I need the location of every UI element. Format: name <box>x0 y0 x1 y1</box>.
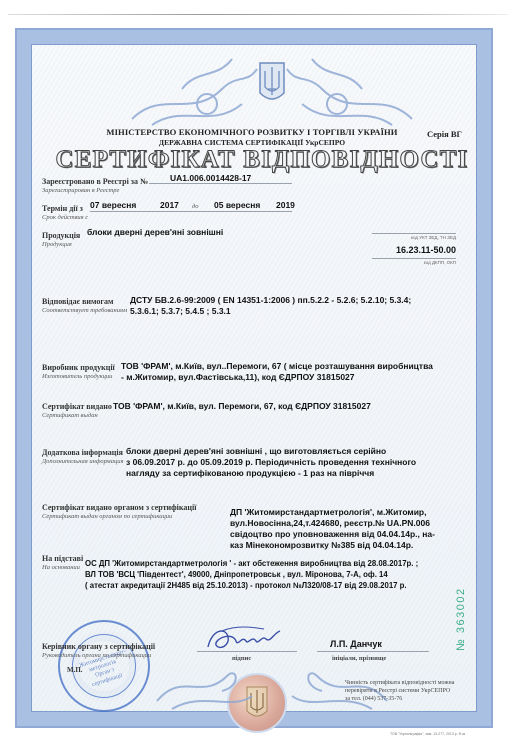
valid-to-label: до <box>192 203 199 210</box>
issuing-body-label-ru: Сертификат выдан органом по сертификации <box>42 513 172 520</box>
additional-info-line-1: блоки дверні дерев'яні зовнішні , що виг… <box>126 446 386 456</box>
basis-label-ru: На основании <box>42 564 80 571</box>
issued-to-value: ТОВ 'ФРАМ', м.Київ, вул. Перемоги, 67, к… <box>113 401 371 411</box>
dkpp-code: 16.23.11-50.00 <box>372 245 456 255</box>
ukt-zed-code-caption: код УКТ ЗЕД, ТН ЗЕД <box>372 233 456 240</box>
certificate-frame: МІНІСТЕРСТВО ЕКОНОМІЧНОГО РОЗВИТКУ І ТОР… <box>15 28 493 728</box>
manufacturer-line-2: - м.Житомир, вул.Фастівська,11), код ЄДР… <box>121 372 355 382</box>
manufacturer-label: Виробник продукції <box>42 363 115 372</box>
ornament-top-icon <box>122 49 422 131</box>
validity-label-ru: Срок действия с <box>42 214 88 221</box>
verification-note-line-2: перевіряти в Реєстрі системи УкрСЕПРО <box>345 687 475 695</box>
issuing-body-line-2: вул.Новосінна,24,т.424680, реєстр.№ UA.P… <box>230 518 430 528</box>
verification-note: Чинність сертифіката відповідності можна… <box>345 679 475 703</box>
basis-label: На підставі <box>42 554 83 563</box>
requirements-line-2: 5.3.6.1; 5.3.7; 5.4.5 ; 5.3.1 <box>130 306 231 316</box>
certificate-body: МІНІСТЕРСТВО ЕКОНОМІЧНОГО РОЗВИТКУ І ТОР… <box>31 44 477 712</box>
issued-to-label-ru: Сертификат выдан <box>42 412 98 419</box>
basis-line-2: ВЛ ТОВ 'ВСЦ 'Південтест', 49000, Дніпроп… <box>85 570 388 579</box>
head-of-body-label: Керівник органу з сертифікації <box>42 642 155 651</box>
verification-note-line-3: за тел. (044) 537-35-76 <box>345 695 475 703</box>
registry-number: UA1.006.0014428-17 <box>149 173 292 184</box>
requirements-label-ru: Соответствует требованиям <box>42 307 127 314</box>
product-label: Продукція <box>42 231 80 240</box>
additional-info-line-3: нагляду за сертифікованою продукцією - 1… <box>126 468 374 478</box>
issued-to-label: Сертифікат видано <box>42 402 112 411</box>
head-of-body-label-ru: Руководитель органа по сертификации <box>42 652 151 659</box>
series-label-text: Серія <box>427 129 449 139</box>
product-label-ru: Продукция <box>42 241 72 248</box>
requirements-line-1: ДСТУ БВ.2.6-99:2009 ( EN 14351-1:2006 ) … <box>130 295 411 305</box>
valid-from-date: 07 вересня <box>90 200 136 210</box>
validity-label: Термін дії з <box>42 204 83 213</box>
manufacturer-label-ru: Изготовитель продукции <box>42 373 112 380</box>
certificate-title: СЕРТИФІКАТ ВІДПОВІДНОСТІ <box>52 146 472 174</box>
manufacturer-line-1: ТОВ 'ФРАМ', м.Київ, вул..Перемоги, 67 ( … <box>121 361 433 371</box>
trident-coat-of-arms-icon <box>260 63 284 99</box>
series-label: Серія ВГ <box>427 129 462 139</box>
additional-info-label: Додаткова інформація <box>42 448 123 457</box>
valid-to-date: 05 вересня <box>214 200 260 210</box>
printer-note: ТОВ "Укрполіграфія", зам. 13-277, 2013 р… <box>390 732 465 736</box>
basis-line-3: ( атестат акредитації 2Н485 від 25.10.20… <box>85 581 407 590</box>
issuing-body-line-1: ДП 'Житомирстандартметрологія', м.Житоми… <box>230 507 427 517</box>
additional-info-line-2: з 06.09.2017 р. до 05.09.2019 р. Періоди… <box>126 457 416 467</box>
verification-note-line-1: Чинність сертифіката відповідності можна <box>345 679 475 687</box>
seal-mark: М.П. <box>67 666 83 674</box>
registered-label: Зареєстровано в Реєстрі за № <box>42 177 148 186</box>
issuing-body-line-4: каз Мінекономрозвитку №385 від 04.04.14р… <box>230 540 413 550</box>
dkpp-code-caption: код ДКПП, ОКП <box>372 258 456 265</box>
additional-info-label-ru: Дополнительная информация <box>42 458 123 465</box>
scan-edge-line <box>8 14 508 15</box>
series-value: ВГ <box>451 129 462 139</box>
serial-number: № 363002 <box>455 587 467 651</box>
issuing-body-line-3: свідоцтво про уповноваження від 04.04.14… <box>230 529 435 539</box>
requirements-label: Відповідає вимогам <box>42 297 113 306</box>
ministry-name: МІНІСТЕРСТВО ЕКОНОМІЧНОГО РОЗВИТКУ І ТОР… <box>92 127 412 137</box>
registered-label-ru: Зарегистрирован в Реестре <box>42 187 119 194</box>
basis-line-1: ОС ДП 'Житомирстандартметрологія ' - акт… <box>85 559 418 568</box>
valid-to-year: 2019 <box>276 200 295 210</box>
product-name: блоки дверні дерев'яні зовнішні <box>87 227 223 237</box>
issuing-body-label: Сертифікат видано органом з сертифікації <box>42 503 196 512</box>
valid-from-year: 2017 <box>160 200 179 210</box>
